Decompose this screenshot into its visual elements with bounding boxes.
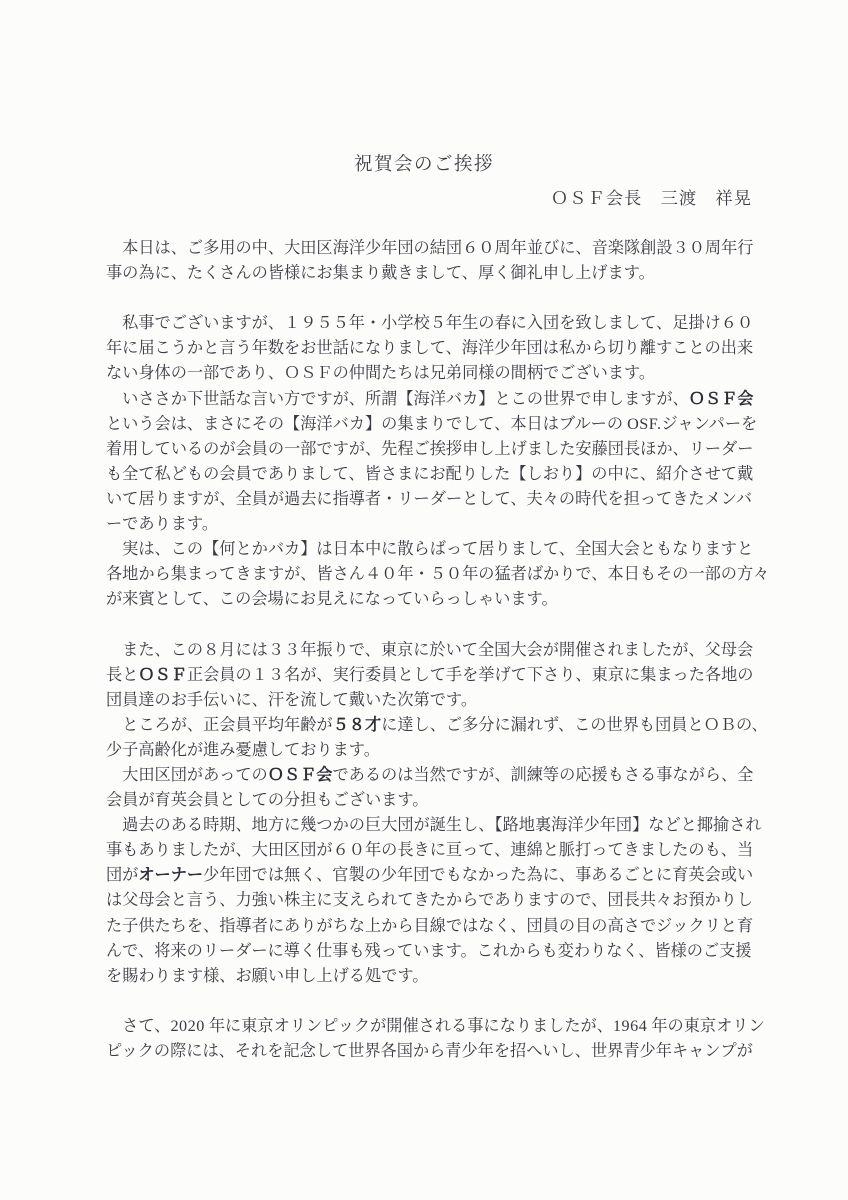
text-line: は父母会と言う、力強い株主に支えられてきたからでありますので、団長共々お預かりし <box>106 888 806 913</box>
text-line: いて居りますが、全員が過去に指導者・リーダーとして、夫々の時代を担ってきたメンバ <box>106 487 806 512</box>
document-author-line: ＯＳＦ会長 三渡 祥晃 <box>106 184 752 209</box>
text-segment: OSF. <box>627 415 661 433</box>
text-segment: 長と <box>106 666 138 684</box>
document-body: 本日は、ご多用の中、大田区海洋少年団の結団６０周年並びに、音楽隊創設３０周年行事… <box>106 236 806 1064</box>
text-segment: さて、 <box>106 1017 170 1035</box>
text-line: という会は、まさにその【海洋バカ】の集まりでして、本日はブルーの OSF.ジャン… <box>106 412 806 437</box>
text-segment: 少子高齢化が進み憂慮しております。 <box>106 741 380 759</box>
text-line: んで、将来のリーダーに導く仕事も残っています。これからも変わりなく、皆様のご支援 <box>106 939 806 964</box>
text-segment: 事の為に、たくさんの皆様にお集まり戴きまして、厚く御礼申し上げます。 <box>106 264 655 282</box>
text-segment: いささか下世話な言い方ですが、所謂【海洋バカ】とこの世界で申しますが、 <box>106 390 689 408</box>
emphasized-text: ＯＳＦ会 <box>689 390 754 408</box>
text-line: 団員達のお手伝いに、汗を流して戴いた次第です。 <box>106 688 806 713</box>
text-segment: 本日は、ご多用の中、大田区海洋少年団の結団６０周年並びに、音楽隊創設３０周年行 <box>106 239 754 257</box>
text-segment: 事もありましたが、大田区団が６０年の長きに亘って、連綿と脈打ってきましたのも、当 <box>106 841 753 859</box>
text-segment: ジャンパーを <box>662 415 758 433</box>
text-segment: ーであります。 <box>106 515 218 533</box>
text-segment: ピックの際には、それを記念して世界各国から青少年を招へいし、世界青少年キャンプが <box>106 1042 753 1060</box>
text-segment: た子供たちを、指導者にありがちな上から目線ではなく、団員の目の高さでジックリと育 <box>106 917 753 935</box>
text-segment: ない身体の一部であり、ＯＳＦの仲間たちは兄弟同様の間柄でございます。 <box>106 364 655 382</box>
text-segment: 団が <box>106 866 138 884</box>
blank-line <box>106 612 806 637</box>
text-segment: という会は、まさにその【海洋バカ】の集まりでして、本日はブルーの <box>106 415 627 433</box>
text-segment: は父母会と言う、力強い株主に支えられてきたからでありますので、団長共々お預かりし <box>106 891 753 909</box>
text-line: また、この８月には３３年振りで、東京に於いて全国大会が開催されましたが、父母会 <box>106 638 806 663</box>
text-line: 過去のある時期、地方に幾つかの巨大団が誕生し、【路地裏海洋少年団】などと揶揄され <box>106 813 806 838</box>
text-line: 団がオーナー少年団では無く、官製の少年団でもなかった為に、事あるごとに育英会或い <box>106 863 806 888</box>
text-line: 長とＯＳＦ正会員の１３名が、実行委員として手を挙げて下さり、東京に集まった各地の <box>106 663 806 688</box>
text-segment: 会員が育英会員としての分担もございます。 <box>106 791 428 809</box>
text-line: ーであります。 <box>106 512 806 537</box>
text-segment: 年の東京オリン <box>647 1017 764 1035</box>
emphasized-text: ５８才 <box>333 716 382 734</box>
text-segment: ところが、正会員平均年齢が <box>106 716 333 734</box>
text-line: ところが、正会員平均年齢が５８才に達し、ご多分に漏れず、この世界も団員とＯＢの、 <box>106 713 806 738</box>
text-segment: 着用しているのが会員の一部ですが、先程ご挨拶申し上げました安藤団長ほか、リーダー <box>106 440 754 458</box>
text-segment: 年に東京オリンピックが開催される事になりましたが、 <box>205 1017 613 1035</box>
emphasized-text: ＯＳＦ <box>138 666 187 684</box>
text-line: 少子高齢化が進み憂慮しております。 <box>106 738 806 763</box>
text-segment: 私事でございますが、１９５５年・小学校５年生の春に入団を致しまして、足掛け６０ <box>106 314 753 332</box>
text-line: 着用しているのが会員の一部ですが、先程ご挨拶申し上げました安藤団長ほか、リーダー <box>106 437 806 462</box>
text-line: 年に届こうかと言う年数をお世話になりまして、海洋少年団は私から切り離すことの出来 <box>106 336 806 361</box>
text-line: 実は、この【何とかバカ】は日本中に散らばって居りまして、全国大会ともなりますと <box>106 537 806 562</box>
text-segment: また、この８月には３３年振りで、東京に於いて全国大会が開催されましたが、父母会 <box>106 641 753 659</box>
text-segment: 1964 <box>613 1017 647 1035</box>
text-line: 大田区団があってのＯＳＦ会であるのは当然ですが、訓練等の応援もさる事ながら、全 <box>106 763 806 788</box>
emphasized-text: ＯＳＦ会 <box>268 766 333 784</box>
text-line: さて、2020 年に東京オリンピックが開催される事になりましたが、1964 年の… <box>106 1014 806 1039</box>
blank-line <box>106 989 806 1014</box>
text-line: 私事でございますが、１９５５年・小学校５年生の春に入団を致しまして、足掛け６０ <box>106 311 806 336</box>
text-segment: 2020 <box>170 1017 204 1035</box>
text-line: 各地から集まってきますが、皆さん４０年・５０年の猛者ばかりで、本日もその一部の方… <box>106 562 806 587</box>
text-line: が来賓として、この会場にお見えになっていらっしゃいます。 <box>106 587 806 612</box>
text-segment: に達し、ご多分に漏れず、この世界も団員とＯＢの、 <box>381 716 768 734</box>
text-segment: 過去のある時期、地方に幾つかの巨大団が誕生し、【路地裏海洋少年団】などと揶揄され <box>106 816 762 834</box>
text-segment: であるのは当然ですが、訓練等の応援もさる事ながら、全 <box>332 766 753 784</box>
text-line: 事の為に、たくさんの皆様にお集まり戴きまして、厚く御礼申し上げます。 <box>106 261 806 286</box>
scanned-document-page: 祝賀会のご挨拶 ＯＳＦ会長 三渡 祥晃 本日は、ご多用の中、大田区海洋少年団の結… <box>0 0 848 1200</box>
text-segment: が来賓として、この会場にお見えになっていらっしゃいます。 <box>106 590 558 608</box>
document-title: 祝賀会のご挨拶 <box>0 150 848 176</box>
text-segment: んで、将来のリーダーに導く仕事も残っています。これからも変わりなく、皆様のご支援 <box>106 942 752 960</box>
blank-line <box>106 286 806 311</box>
text-line: ない身体の一部であり、ＯＳＦの仲間たちは兄弟同様の間柄でございます。 <box>106 361 806 386</box>
text-line: を賜わります様、お願い申し上げる処です。 <box>106 964 806 989</box>
text-segment: 正会員の１３名が、実行委員として手を挙げて下さり、東京に集まった各地の <box>187 666 754 684</box>
emphasized-text: オーナー <box>138 866 203 884</box>
text-line: 会員が育英会員としての分担もございます。 <box>106 788 806 813</box>
text-segment: 実は、この【何とかバカ】は日本中に散らばって居りまして、全国大会ともなりますと <box>106 540 753 558</box>
text-segment: 団員達のお手伝いに、汗を流して戴いた次第です。 <box>106 691 477 709</box>
text-line: も全て私どもの会員でありまして、皆さまにお配りした【しおり】の中に、紹介させて戴 <box>106 462 806 487</box>
text-segment: を賜わります様、お願い申し上げる処です。 <box>106 967 428 985</box>
text-line: た子供たちを、指導者にありがちな上から目線ではなく、団員の目の高さでジックリと育 <box>106 914 806 939</box>
text-line: ピックの際には、それを記念して世界各国から青少年を招へいし、世界青少年キャンプが <box>106 1039 806 1064</box>
text-segment: も全て私どもの会員でありまして、皆さまにお配りした【しおり】の中に、紹介させて戴 <box>106 465 753 483</box>
text-segment: いて居りますが、全員が過去に指導者・リーダーとして、夫々の時代を担ってきたメンバ <box>106 490 752 508</box>
text-segment: 大田区団があっての <box>106 766 268 784</box>
text-line: 事もありましたが、大田区団が６０年の長きに亘って、連綿と脈打ってきましたのも、当 <box>106 838 806 863</box>
text-line: いささか下世話な言い方ですが、所謂【海洋バカ】とこの世界で申しますが、ＯＳＦ会 <box>106 387 806 412</box>
text-segment: 年に届こうかと言う年数をお世話になりまして、海洋少年団は私から切り離すことの出来 <box>106 339 753 357</box>
text-segment: 少年団では無く、官製の少年団でもなかった為に、事あるごとに育英会或い <box>203 866 753 884</box>
text-line: 本日は、ご多用の中、大田区海洋少年団の結団６０周年並びに、音楽隊創設３０周年行 <box>106 236 806 261</box>
text-segment: 各地から集まってきますが、皆さん４０年・５０年の猛者ばかりで、本日もその一部の方… <box>106 565 769 583</box>
